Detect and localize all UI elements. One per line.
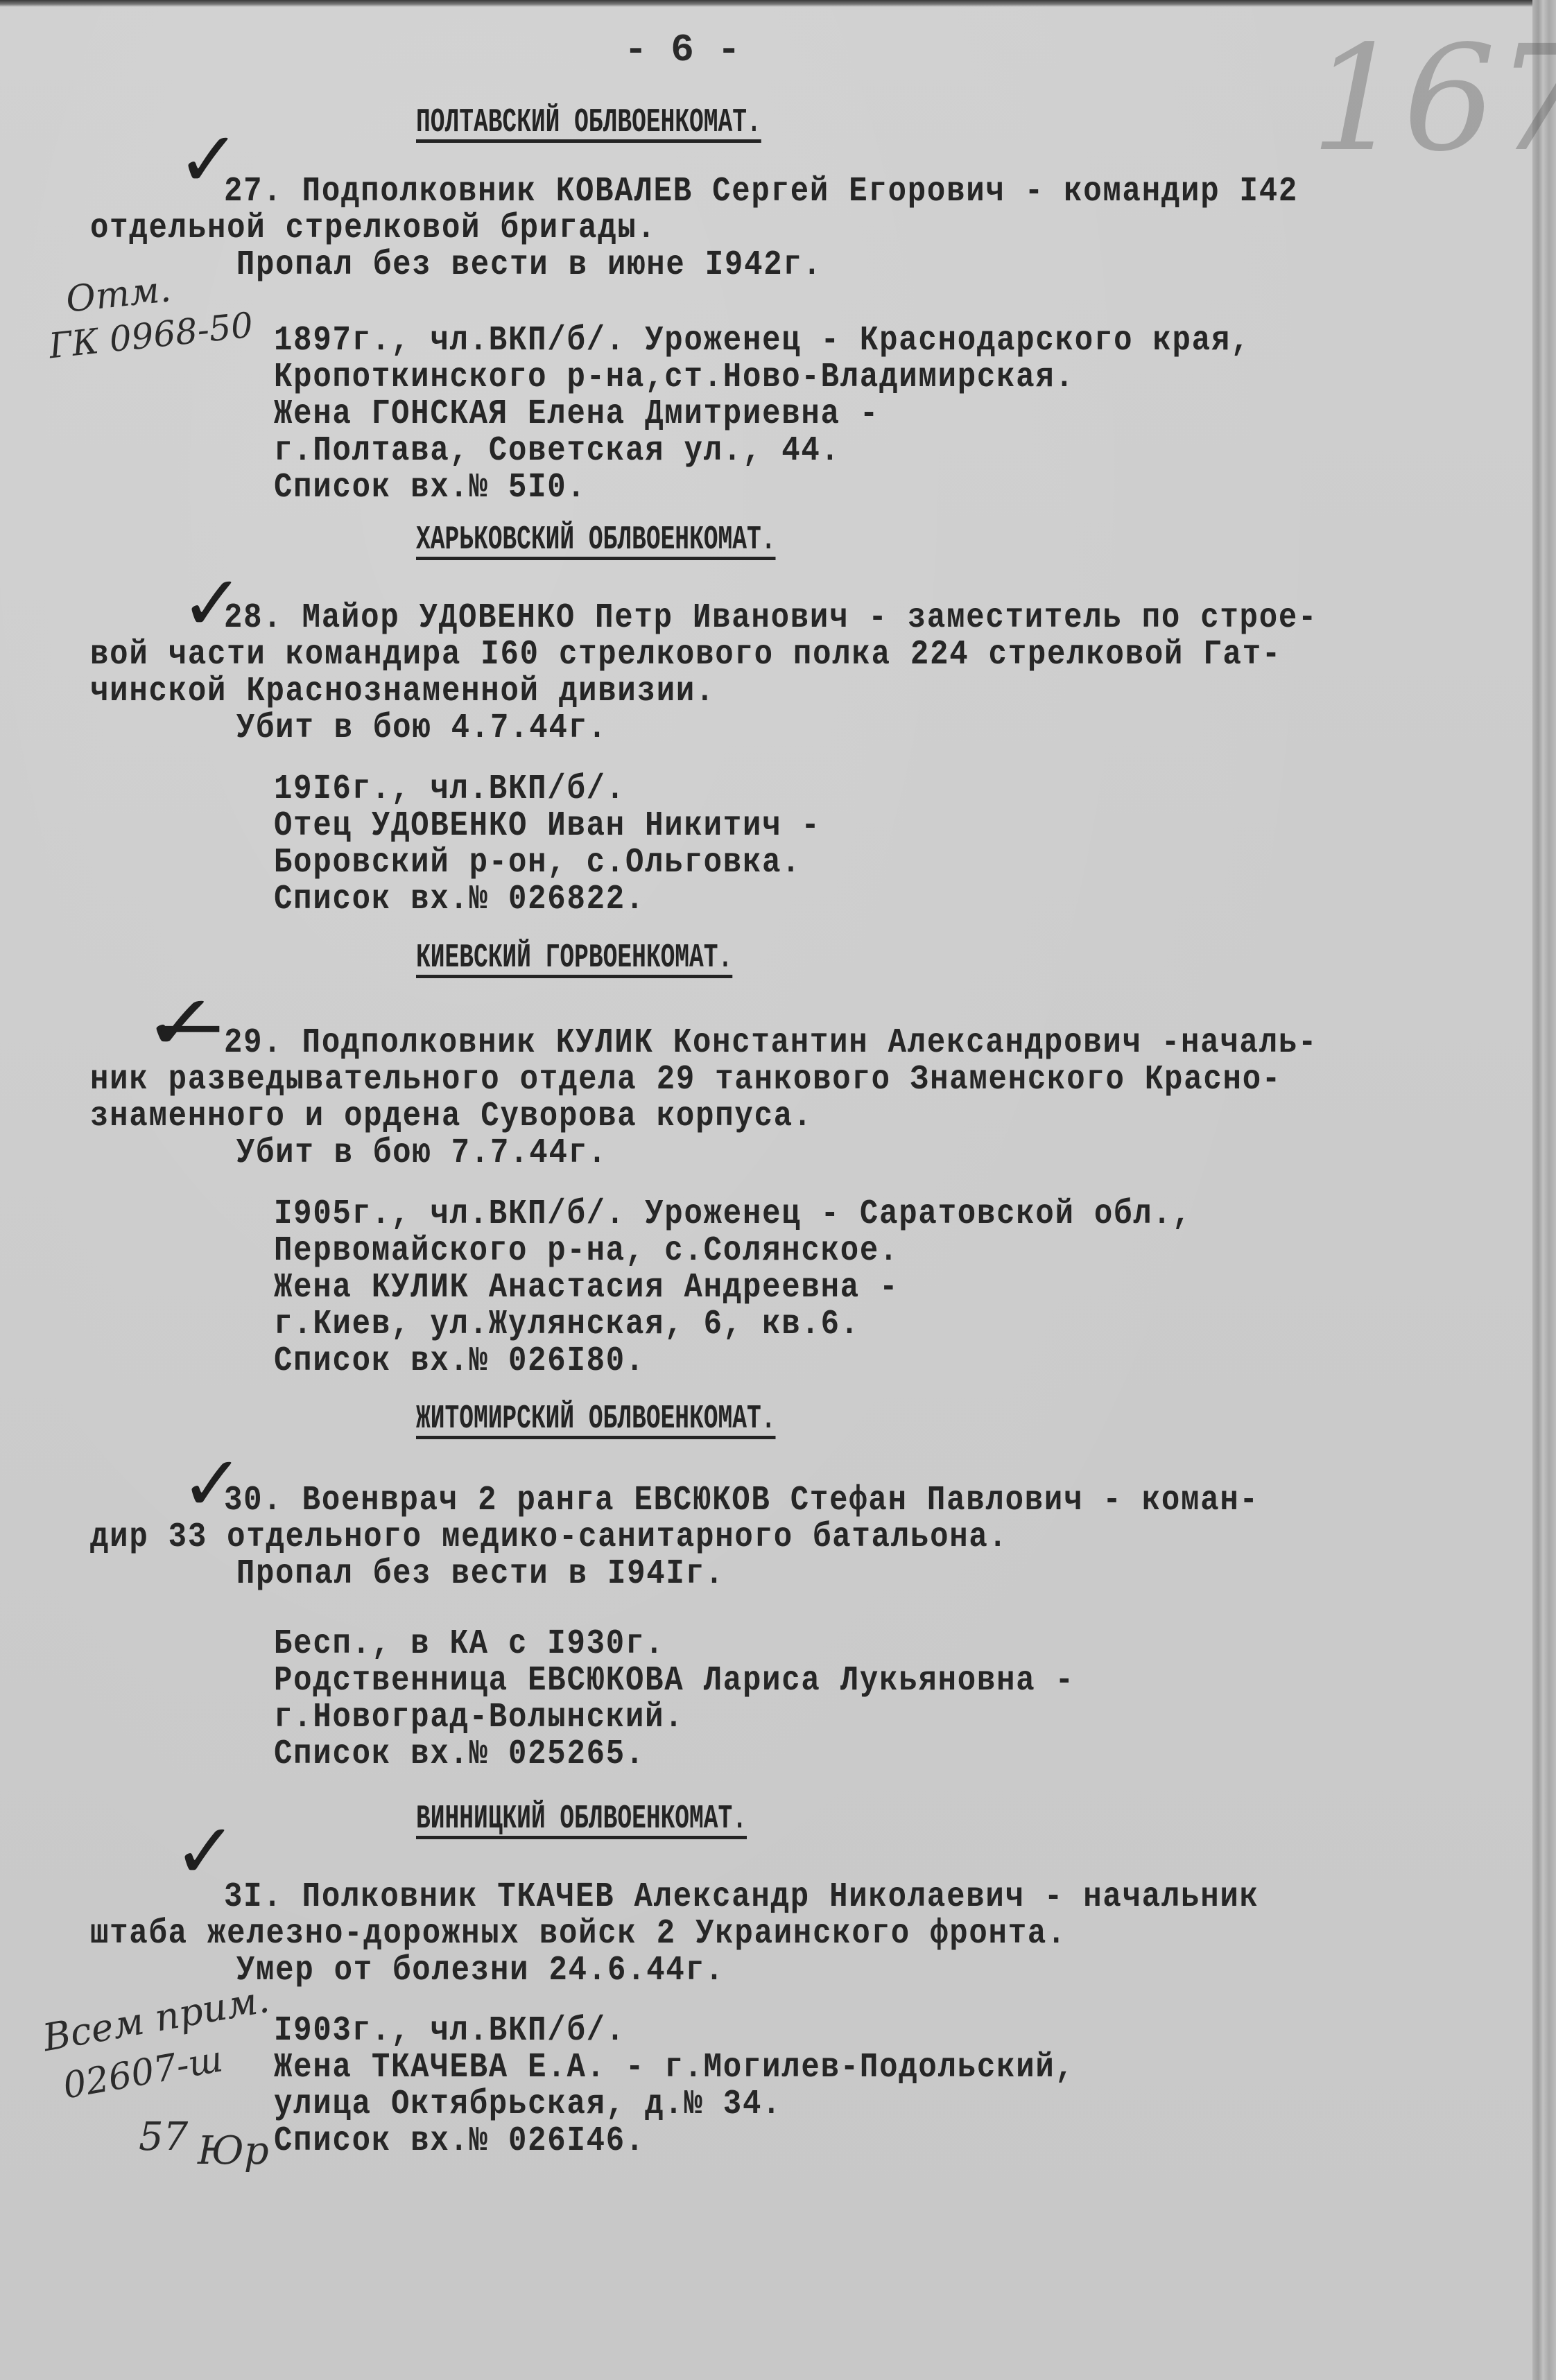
section-heading-poltava: ПОЛТАВСКИЙ ОБЛВОЕНКОМАТ. [416, 104, 761, 141]
section-heading-kharkov: ХАРЬКОВСКИЙ ОБЛВОЕНКОМАТ. [416, 521, 775, 559]
entry-28-status: Убит в бою 4.7.44г. [139, 710, 607, 747]
entry-31-line-1: 3I. Полковник ТКАЧЕВ Александр Николаеви… [224, 1879, 1259, 1916]
entry-29-line-3: знаменного и ордена Суворова корпуса. [90, 1098, 813, 1136]
crossed-check-mark-icon: ✓̶ [143, 984, 220, 1061]
entry-27-detail-1: 1897г., чл.ВКП/б/. Уроженец - Краснодарс… [274, 322, 1250, 360]
section-heading-vinnitsa: ВИННИЦКИЙ ОБЛВОЕНКОМАТ. [416, 1800, 747, 1838]
entry-31-detail-2: Жена ТКАЧЕВА Е.А. - г.Могилев-Подольский… [274, 2049, 1075, 2087]
margin-note-27-a: Отм. [64, 268, 173, 321]
entry-30-line-1: 30. Военврач 2 ранга ЕВСЮКОВ Стефан Павл… [224, 1482, 1259, 1520]
entry-28-detail-3: Боровский р-он, с.Ольговка. [274, 844, 801, 882]
entry-30-detail-2: Родственница ЕВСЮКОВА Лариса Лукьяновна … [274, 1662, 1075, 1700]
entry-27-detail-3: Жена ГОНСКАЯ Елена Дмитриевна - [274, 396, 879, 433]
entry-29-line-1: 29. Подполковник КУЛИК Константин Алекса… [224, 1025, 1317, 1062]
entry-30-detail-3: г.Новоград-Волынский. [274, 1699, 684, 1737]
entry-28-detail-4: Список вх.№ 026822. [274, 881, 645, 919]
entry-28-detail-1: 19I6г., чл.ВКП/б/. [274, 771, 625, 808]
entry-29-status: Убит в бою 7.7.44г. [139, 1135, 607, 1172]
entry-27-line-1: 27. Подполковник КОВАЛЕВ Сергей Егорович… [224, 173, 1298, 211]
entry-27-detail-2: Кропоткинского р-на,ст.Ново-Владимирская… [274, 359, 1075, 397]
document-page: - 6 - 167 ПОЛТАВСКИЙ ОБЛВОЕНКОМАТ. ✓ 27.… [0, 0, 1556, 2380]
page-number: - 6 - [624, 28, 741, 72]
entry-31-detail-3: улица Октябрьская, д.№ 34. [274, 2086, 781, 2123]
margin-note-31-c: 57 [139, 2114, 188, 2160]
entry-27-status: Пропал без вести в июне I942г. [139, 247, 822, 284]
entry-30-detail-4: Список вх.№ 025265. [274, 1736, 645, 1773]
page-top-edge [0, 0, 1556, 7]
entry-27-detail-5: Список вх.№ 5I0. [274, 469, 587, 507]
archive-page-mark: 167 [1311, 14, 1556, 184]
margin-note-31-signature: Юр [198, 2128, 269, 2173]
entry-28-line-1: 28. Майор УДОВЕНКО Петр Иванович - замес… [224, 600, 1317, 637]
entry-29-detail-2: Первомайского р-на, с.Солянское. [274, 1233, 899, 1270]
section-heading-kiev: КИЕВСКИЙ ГОРВОЕНКОМАТ. [416, 939, 732, 977]
entry-30-status: Пропал без вести в I94Iг. [139, 1556, 725, 1593]
entry-29-detail-3: Жена КУЛИК Анастасия Андреевна - [274, 1269, 899, 1307]
entry-31-detail-4: Список вх.№ 026I46. [274, 2123, 645, 2160]
entry-28-line-3: чинской Краснознаменной дивизии. [90, 673, 715, 711]
entry-30-detail-1: Бесп., в КА с I930г. [274, 1626, 664, 1663]
entry-28-line-2: вой части командира I60 стрелкового полк… [90, 636, 1281, 674]
entry-27-detail-4: г.Полтава, Советская ул., 44. [274, 433, 840, 470]
entry-29-detail-5: Список вх.№ 026I80. [274, 1343, 645, 1380]
entry-31-line-2: штаба железно-дорожных войск 2 Украинско… [90, 1916, 1066, 1953]
entry-30-line-2: дир 33 отдельного медико-санитарного бат… [90, 1519, 1008, 1556]
entry-29-detail-1: I905г., чл.ВКП/б/. Уроженец - Саратовско… [274, 1196, 1192, 1233]
entry-31-detail-1: I903г., чл.ВКП/б/. [274, 2013, 625, 2050]
page-binding-edge [1532, 0, 1556, 2380]
entry-29-line-2: ник разведывательного отдела 29 танковог… [90, 1061, 1281, 1099]
entry-28-detail-2: Отец УДОВЕНКО Иван Никитич - [274, 808, 821, 845]
entry-27-line-2: отдельной стрелковой бригады. [90, 210, 657, 247]
entry-29-detail-4: г.Киев, ул.Жулянская, 6, кв.6. [274, 1306, 860, 1344]
section-heading-zhitomir: ЖИТОМИРСКИЙ ОБЛВОЕНКОМАТ. [416, 1400, 775, 1438]
